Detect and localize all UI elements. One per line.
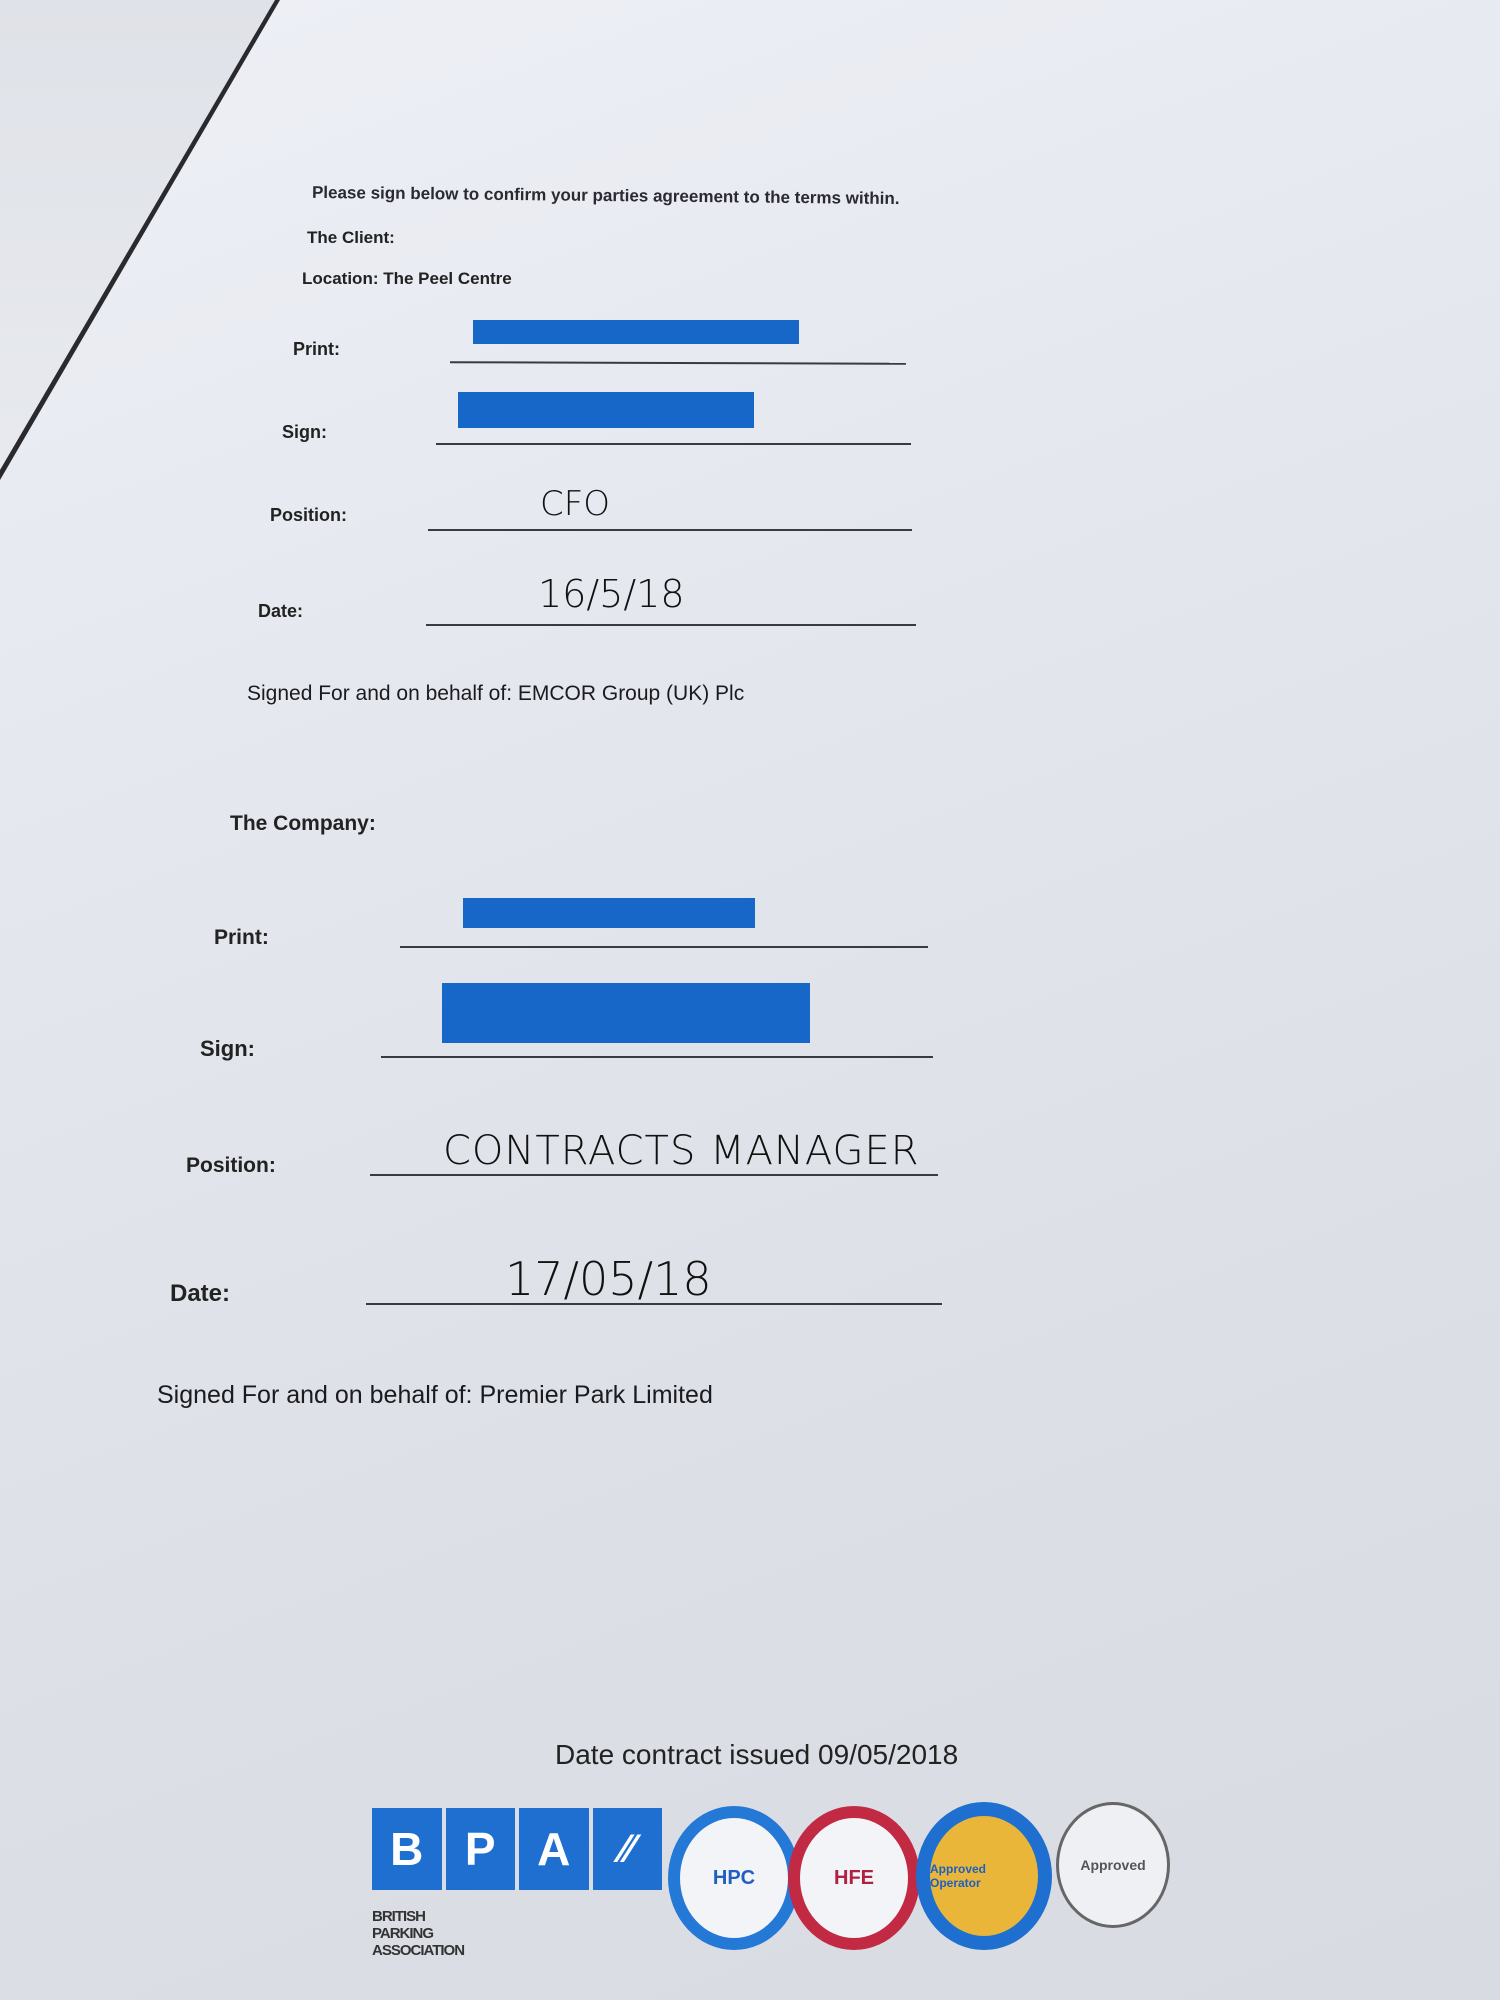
client-position-value: CFO [540,484,610,524]
company-sign-line [381,1056,933,1058]
company-date-value: 17/05/18 [505,1252,712,1306]
client-print-label: Print: [293,339,340,360]
company-date-label: Date: [170,1280,230,1308]
client-date-label: Date: [258,601,303,622]
company-position-value: CONTRACTS MANAGER [443,1128,920,1174]
company-print-label: Print: [214,926,269,950]
bpa-letter: B [372,1808,442,1890]
hpc-badge-icon: HPC [668,1806,800,1950]
company-sign-label: Sign: [200,1036,255,1062]
company-heading: The Company: [230,812,376,836]
client-signed-on-behalf: Signed For and on behalf of: EMCOR Group… [247,682,744,706]
hfe-badge-icon: HFE [788,1806,920,1950]
client-sign-line [436,443,911,445]
redaction-company-sign [442,983,810,1043]
approved-operator-text: Approved Operator [930,1862,1038,1890]
redaction-company-print [463,898,755,928]
company-signed-on-behalf: Signed For and on behalf of: Premier Par… [157,1381,713,1410]
bpa-letter: A [519,1808,589,1890]
bpa-letter: P [446,1808,516,1890]
company-print-line [400,946,928,948]
client-heading: The Client: [307,228,395,248]
bpa-caption: BRITISH PARKING ASSOCIATION [372,1908,464,1959]
company-position-line [370,1174,938,1176]
redaction-client-print [473,320,799,344]
company-date-line [366,1303,942,1305]
client-position-line [428,529,912,531]
client-position-label: Position: [270,505,347,526]
client-location: Location: The Peel Centre [302,269,512,289]
client-date-line [426,624,916,626]
client-sign-label: Sign: [282,422,327,443]
redaction-client-sign [458,392,754,428]
date-contract-issued: Date contract issued 09/05/2018 [555,1739,958,1771]
client-date-value: 16/5/18 [538,572,685,616]
bpa-logo: B P A ⁄⁄ [372,1808,662,1890]
bpa-swoosh-icon: ⁄⁄ [593,1808,663,1890]
approved-badge-icon: Approved [1056,1802,1170,1928]
company-position-label: Position: [186,1154,276,1178]
approved-operator-badge-icon: Approved Operator [916,1802,1052,1950]
